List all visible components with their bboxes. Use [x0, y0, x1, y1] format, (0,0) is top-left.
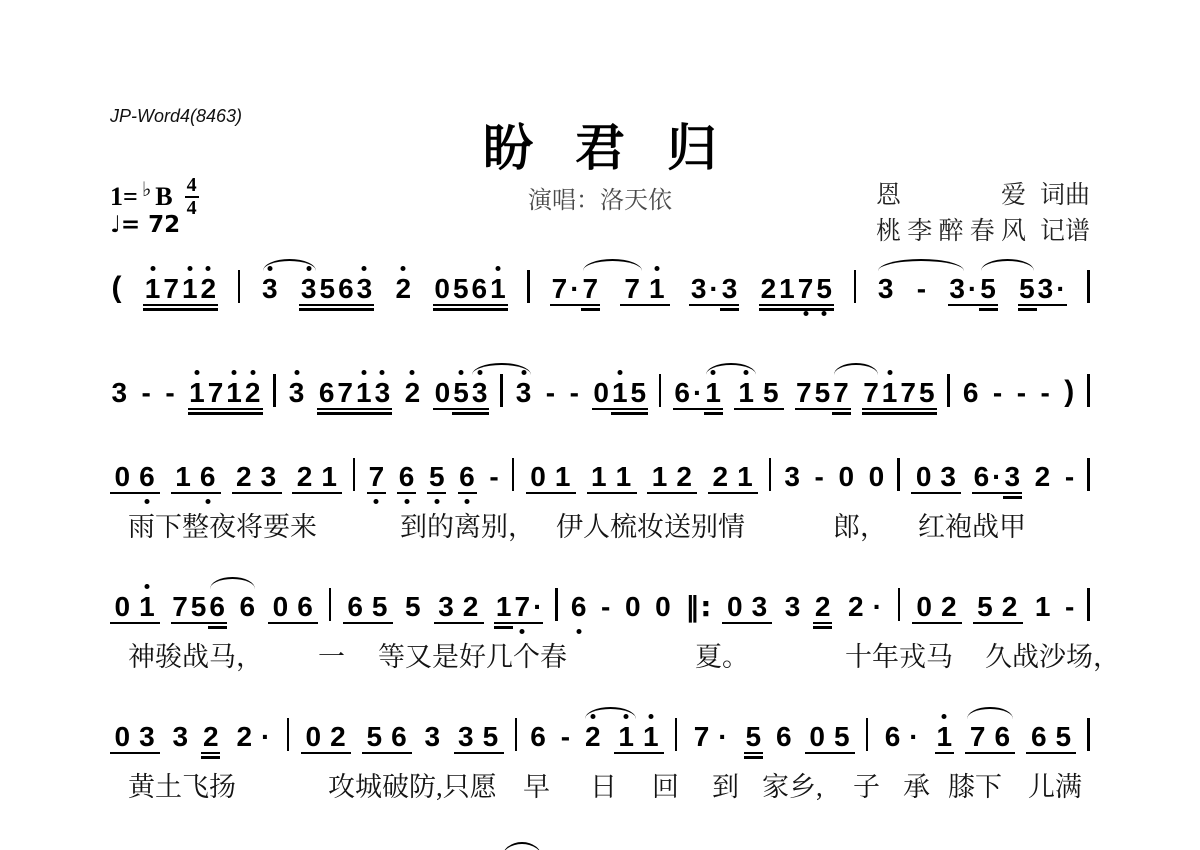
note-token: 1 [1033, 593, 1052, 621]
barline [1087, 270, 1089, 303]
note-token: 3 [514, 379, 533, 407]
octave-dot-low [822, 311, 827, 316]
repeat-open-sign: ‖: [684, 593, 711, 621]
beam-underline [188, 412, 263, 414]
octave-dot-low [803, 311, 808, 316]
note-token: 2 [1033, 463, 1052, 491]
note-token: 21 [708, 463, 757, 491]
beam-underline [912, 622, 962, 624]
beam-underline [367, 492, 386, 494]
note-token: 01 [526, 463, 575, 491]
note-token: 0561 [433, 275, 507, 303]
beam-underline [433, 408, 489, 410]
octave-dot-high [887, 370, 892, 375]
note-token: 1712 [188, 379, 262, 407]
beam-underline [433, 304, 508, 306]
slur-arc [210, 577, 255, 589]
beam-underline [201, 756, 220, 758]
octave-dot-low [404, 499, 409, 504]
octave-dot-high [654, 266, 659, 271]
note-token: 53· [1018, 275, 1067, 303]
note-token: - [544, 379, 556, 407]
beam-underline [171, 622, 227, 624]
note-token: 76 [965, 723, 1014, 751]
note-token: 5 [744, 723, 763, 751]
tempo-equals: = [121, 212, 140, 238]
beam-underline [434, 622, 484, 624]
beam-underline [689, 304, 739, 306]
barline [238, 270, 240, 303]
note-token: 3 [783, 463, 802, 491]
note-token: 3 [876, 275, 895, 303]
note-token: 17· [494, 593, 543, 621]
octave-dot-low [374, 499, 379, 504]
note-token: 3·5 [948, 275, 997, 303]
beam-underline [862, 408, 937, 410]
octave-dot-high [459, 370, 464, 375]
lyric-chunk: 子 [853, 765, 880, 804]
note-token: 35 [454, 723, 503, 751]
beam-underline [704, 412, 723, 414]
beam-underline [110, 752, 160, 754]
slur-arc [263, 259, 316, 271]
note-token: 015 [592, 379, 648, 407]
beam-underline [292, 492, 342, 494]
note-token: 7175 [862, 379, 936, 407]
beam-underline [494, 622, 543, 624]
note-token: 02 [912, 593, 961, 621]
note-token: - [1063, 593, 1075, 621]
slur-arc [967, 707, 1012, 719]
beam-underline [110, 492, 160, 494]
beam-underline [110, 622, 160, 624]
octave-dot-high [617, 370, 622, 375]
beam-underline [647, 492, 697, 494]
note-token: 757 [795, 379, 851, 407]
note-token: 3 [783, 593, 802, 621]
note-token: 32 [434, 593, 483, 621]
octave-dot-high [495, 266, 500, 271]
note-token: 65 [343, 593, 392, 621]
note-token: 12 [647, 463, 696, 491]
beam-underline [813, 626, 832, 628]
beam-underline [1018, 304, 1067, 306]
note-token: - [140, 379, 152, 407]
song-title: 盼君归 [0, 108, 1200, 180]
barline [897, 458, 899, 491]
time-numerator: 4 [187, 175, 197, 196]
key-letter: B [155, 182, 172, 212]
beam-underline [911, 492, 961, 494]
lyric-chunk: 神骏战马， [128, 635, 263, 674]
octave-dot-high [380, 370, 385, 375]
beam-underline [759, 304, 834, 306]
note-token: 3 [423, 723, 442, 751]
barline [500, 374, 502, 407]
barline [769, 458, 771, 491]
barline [866, 718, 868, 751]
note-token: 21 [292, 463, 341, 491]
beam-underline [795, 408, 851, 410]
octave-dot-high [294, 370, 299, 375]
note-token: 0 [654, 593, 673, 621]
composer-name: 恩爱 [876, 178, 1026, 214]
transcriber-name: 桃李醉春风 [876, 214, 1026, 250]
note-token: 7·7 [550, 275, 599, 303]
beam-underline [143, 304, 218, 306]
lyrics-line-2: 神骏战马，一等又是好几个春夏。十年戎马久战沙场， [0, 635, 1200, 677]
barline [1087, 374, 1089, 407]
octave-dot-high [250, 370, 255, 375]
note-token: 6 [397, 463, 416, 491]
octave-dot-low [434, 499, 439, 504]
beam-underline [494, 626, 513, 628]
note-token: 1 [935, 723, 954, 751]
note-token: 56 [362, 723, 411, 751]
lyric-chunk: 回 [652, 765, 679, 804]
note-token: 11 [587, 463, 636, 491]
notation-line-2: 3--17123671320533--0156·11575771756---) [110, 352, 1090, 407]
octave-dot-low [144, 499, 149, 504]
beam-underline [973, 622, 1023, 624]
lyric-chunk: 黄土飞扬 [128, 765, 236, 804]
beam-underline [708, 492, 758, 494]
slur-arc [472, 363, 530, 375]
note-token: 52 [973, 593, 1022, 621]
note-token: - [1015, 379, 1027, 407]
octave-dot-high [144, 584, 149, 589]
note-token: 2 [394, 275, 413, 303]
partial-slur-next-line [502, 842, 542, 850]
note-token: - [1063, 463, 1075, 491]
note-token: - [1039, 379, 1051, 407]
note-token: 3 [287, 379, 306, 407]
note-token: 2 [813, 593, 832, 621]
barline [555, 588, 557, 621]
credit-row-composer: 恩爱 词曲 [876, 178, 1090, 214]
note-token: 756 [171, 593, 227, 621]
octave-dot-high [194, 370, 199, 375]
credits-block: 恩爱 词曲 桃李醉春风 记谱 [876, 178, 1090, 251]
barline [854, 270, 856, 303]
note-token: 65 [1026, 723, 1075, 751]
composer-role: 词曲 [1040, 178, 1090, 214]
note-token: 05 [805, 723, 854, 751]
note-token: 11 [614, 723, 663, 751]
note-token: 5 [404, 593, 423, 621]
note-token: 2 [201, 723, 220, 751]
octave-dot-low [576, 629, 581, 634]
beam-underline [972, 492, 1022, 494]
note-token: - [488, 463, 500, 491]
beam-underline [587, 492, 637, 494]
barline [947, 374, 949, 407]
sheet-music-page: JP-Word4(8463) 盼君归 演唱：洛天依 1=♭B 4 4 ♩= 72… [0, 0, 1200, 850]
octave-dot-high [232, 370, 237, 375]
key-prefix: 1= [110, 182, 138, 212]
note-token: 3 [110, 379, 129, 407]
slur-arc [981, 259, 1034, 271]
notation-line-1: (171233563205617·7713·321753-3·553· [110, 248, 1090, 303]
lyric-chunk: 日 [590, 765, 617, 804]
beam-underline [433, 308, 508, 310]
note-token: 3563 [299, 275, 373, 303]
note-token: - [600, 593, 612, 621]
slur-arc [583, 259, 642, 271]
notation-line-4: 017566066553217·6-00‖:03322·02521- [110, 566, 1090, 621]
beam-underline [458, 492, 477, 494]
octave-dot-high [206, 266, 211, 271]
octave-dot-high [361, 370, 366, 375]
note-token: 0 [837, 463, 856, 491]
beam-underline [620, 304, 670, 306]
beam-underline [452, 412, 489, 414]
beam-underline [862, 412, 937, 414]
beam-underline [526, 492, 576, 494]
beam-underline [965, 752, 1015, 754]
lyric-chunk: 儿满 [1028, 765, 1082, 804]
slur-arc [834, 363, 879, 375]
beam-underline [805, 752, 855, 754]
tempo-marking: ♩= 72 [110, 212, 180, 238]
octave-dot-high [648, 714, 653, 719]
octave-dot-high [401, 266, 406, 271]
beam-underline [720, 308, 739, 310]
note-token: 6713 [317, 379, 391, 407]
note-token: 03 [722, 593, 771, 621]
lyric-chunk: 十年戎马 [845, 635, 953, 674]
lyric-chunk: 膝下 [948, 765, 1002, 804]
barline [659, 374, 661, 407]
beam-underline [979, 308, 998, 310]
beam-underline [744, 752, 763, 754]
octave-dot-high [150, 266, 155, 271]
note-token: 03 [911, 463, 960, 491]
slur-arc [878, 259, 964, 271]
barline [515, 718, 517, 751]
beam-underline [948, 304, 998, 306]
credit-row-transcriber: 桃李醉春风 记谱 [876, 214, 1090, 250]
note-token: 6·3 [972, 463, 1021, 491]
note-token: 15 [734, 379, 783, 407]
barline [527, 270, 529, 303]
beam-underline [592, 408, 648, 410]
slur-arc [585, 707, 636, 719]
lyric-chunk: 一 [318, 635, 345, 674]
barline [898, 588, 900, 621]
note-token: 02 [301, 723, 350, 751]
note-token: 3 [261, 275, 280, 303]
lyrics-line-1: 雨下整夜将要来到的离别，伊人梳妆送别情郎，红袍战甲 [0, 505, 1200, 547]
beam-underline [744, 756, 763, 758]
note-token: - [813, 463, 825, 491]
beam-underline [301, 752, 351, 754]
note-token: 06 [268, 593, 317, 621]
lyric-chunk: 伊人梳妆送别情 [556, 505, 745, 544]
beam-underline [268, 622, 318, 624]
octave-dot-high [362, 266, 367, 271]
beam-underline [813, 622, 832, 624]
note-token: 6 [238, 593, 257, 621]
beam-underline [201, 752, 220, 754]
note-token: 0 [623, 593, 642, 621]
beam-underline [581, 308, 600, 310]
note-token: 2175 [759, 275, 833, 303]
note-token: 6 [529, 723, 548, 751]
time-denominator: 4 [185, 196, 199, 219]
lyrics-line-3: 黄土飞扬攻城破防,只愿早日回到家乡,子承膝下儿满 [0, 765, 1200, 807]
parenthesis: ) [1063, 377, 1076, 407]
beam-underline [171, 492, 221, 494]
octave-dot-low [520, 629, 525, 634]
beam-underline [722, 622, 772, 624]
beam-underline [188, 408, 263, 410]
beam-underline [611, 412, 648, 414]
barline [273, 374, 275, 407]
note-token: 7 [367, 463, 386, 491]
lyric-chunk: 家乡, [762, 765, 823, 804]
lyric-chunk: 到的离别， [400, 505, 535, 544]
note-token: 2· [843, 593, 886, 621]
note-token: 23 [232, 463, 281, 491]
barline [1087, 588, 1089, 621]
note-token: - [915, 275, 927, 303]
beam-underline [614, 752, 664, 754]
barline [329, 588, 331, 621]
beam-underline [935, 752, 954, 754]
beam-underline [317, 412, 392, 414]
barline [1087, 718, 1089, 751]
note-token: 6 [774, 723, 793, 751]
note-token: 01 [110, 593, 159, 621]
beam-underline [317, 408, 392, 410]
note-token: 03 [110, 723, 159, 751]
parenthesis: ( [110, 273, 123, 303]
octave-dot-high [942, 714, 947, 719]
beam-underline [759, 308, 834, 310]
beam-underline [397, 492, 416, 494]
beam-underline [427, 492, 446, 494]
note-token: 2 [583, 723, 602, 751]
flat-icon: ♭ [142, 177, 151, 201]
beam-underline [1026, 752, 1076, 754]
note-token: 6· [880, 723, 923, 751]
lyric-chunk: 郎， [833, 505, 887, 544]
barline [287, 718, 289, 751]
beam-underline [208, 626, 227, 628]
beam-underline [734, 408, 784, 410]
note-token: 1712 [143, 275, 217, 303]
note-token: 0 [867, 463, 886, 491]
note-token: 2· [232, 723, 275, 751]
beam-underline [1018, 308, 1037, 310]
beam-underline [299, 304, 374, 306]
notation-line-3: 061623217656-011112213-00036·32- [110, 436, 1090, 491]
transcriber-role: 记谱 [1040, 214, 1090, 250]
octave-dot-low [464, 499, 469, 504]
barline [675, 718, 677, 751]
slur-arc [706, 363, 757, 375]
beam-underline [832, 412, 851, 414]
note-token: 3·3 [689, 275, 738, 303]
beam-underline [454, 752, 504, 754]
note-token: 053 [433, 379, 489, 407]
note-token: 06 [110, 463, 159, 491]
lyric-chunk: 久战沙场， [985, 635, 1120, 674]
note-token: 6 [569, 593, 588, 621]
note-token: - [991, 379, 1003, 407]
beam-underline [299, 308, 374, 310]
note-token: 6 [961, 379, 980, 407]
note-token: 7· [689, 723, 732, 751]
lyric-chunk: 承 [903, 765, 930, 804]
note-token: - [568, 379, 580, 407]
beam-underline [343, 622, 393, 624]
note-token: 6 [458, 463, 477, 491]
octave-dot-low [205, 499, 210, 504]
lyric-chunk: 到 [712, 765, 739, 804]
beam-underline [1003, 496, 1022, 498]
lyric-chunk: 雨下整夜将要来 [128, 505, 317, 544]
note-token: - [164, 379, 176, 407]
barline [512, 458, 514, 491]
lyric-chunk: 攻城破防,只愿 [328, 765, 497, 804]
lyric-chunk: 早 [523, 765, 550, 804]
note-token: 2 [403, 379, 422, 407]
tempo-value: 72 [148, 212, 180, 238]
lyric-chunk: 红袍战甲 [918, 505, 1026, 544]
note-token: 16 [171, 463, 220, 491]
barline [353, 458, 355, 491]
note-token: 71 [620, 275, 669, 303]
note-token: 3 [171, 723, 190, 751]
beam-underline [362, 752, 412, 754]
octave-dot-high [187, 266, 192, 271]
lyric-chunk: 等又是好几个春 [378, 635, 567, 674]
note-token: - [559, 723, 571, 751]
quarter-note-icon: ♩ [110, 212, 121, 238]
beam-underline [232, 492, 282, 494]
notation-line-5: 03322·02563356-2117·56056·17665 [110, 696, 1090, 751]
note-token: 5 [427, 463, 446, 491]
barline [1087, 458, 1089, 491]
beam-underline [143, 308, 218, 310]
time-signature: 4 4 [185, 175, 199, 219]
beam-underline [550, 304, 600, 306]
lyric-chunk: 夏。 [695, 635, 749, 674]
octave-dot-high [410, 370, 415, 375]
note-token: 6·1 [673, 379, 722, 407]
beam-underline [673, 408, 723, 410]
